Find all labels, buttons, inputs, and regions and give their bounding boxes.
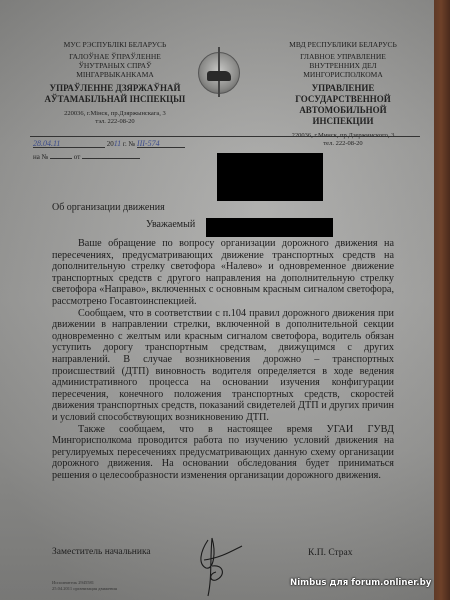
- phone-by: тэл. 222-08-20: [40, 118, 190, 126]
- registration-line: 28.04.11 2011 г. № III-574: [33, 139, 185, 148]
- signatory-name: К.П. Страх: [308, 548, 353, 558]
- salutation-text: Уважаемый: [146, 219, 195, 230]
- redacted-recipient-name: [206, 218, 333, 237]
- signature-icon: [190, 530, 250, 600]
- executor-note: Исполнитель 2945581 25.04.2011 организац…: [52, 580, 117, 592]
- ref-number-field: [50, 150, 72, 159]
- ref-date-field: [82, 150, 140, 159]
- department-line3-by: МІНГАРВЫКАНКАМА: [40, 70, 190, 79]
- department-line2-ru: ВНУТРЕННИХ ДЕЛ: [268, 61, 418, 70]
- letter-subject: Об организации движения: [52, 202, 165, 213]
- paragraph-3: Также сообщаем, что в настоящее время УГ…: [52, 424, 394, 482]
- paragraph-1: Ваше обращение по вопросу организации до…: [52, 238, 394, 308]
- department-line1-ru: ГЛАВНОЕ УПРАВЛЕНИЕ: [268, 52, 418, 61]
- letterhead-divider: [30, 136, 420, 137]
- agency-line1-by: УПРАЎЛЕННЕ ДЗЯРЖАЎНАЙ: [40, 83, 190, 94]
- emblem-car: [207, 71, 231, 81]
- executor-line2: 25.04.2011 организация движения: [52, 586, 117, 592]
- letterhead-belarusian: МУС РЭСПУБЛІКІ БЕЛАРУСЬ ГАЛОЎНАЕ ЎПРАЎЛЕ…: [40, 40, 190, 126]
- year-prefix: 20: [107, 140, 114, 148]
- letterhead-russian: МВД РЕСПУБЛИКИ БЕЛАРУСЬ ГЛАВНОЕ УПРАВЛЕН…: [268, 40, 418, 148]
- handwritten-number: III-574: [137, 139, 160, 148]
- salutation: Уважаемый: [146, 219, 195, 230]
- number-field: III-574: [137, 139, 185, 148]
- number-label: г. №: [123, 140, 135, 148]
- ref-number-label: на №: [33, 153, 48, 161]
- watermark: Nimbus для forum.onliner.by: [290, 578, 431, 588]
- agency-line2-ru: АВТОМОБИЛЬНОЙ ИНСПЕКЦИИ: [268, 105, 418, 127]
- handwritten-year: 11: [114, 139, 121, 148]
- phone-ru: тел. 222-08-20: [268, 140, 418, 148]
- ref-date-label: от: [74, 153, 80, 161]
- paragraph-2: Сообщаем, что в соответствии с п.104 пра…: [52, 308, 394, 424]
- department-line1-by: ГАЛОЎНАЕ ЎПРАЎЛЕННЕ: [40, 52, 190, 61]
- emblem-icon: [198, 52, 240, 94]
- department-line3-ru: МИНГОРИСПОЛКОМА: [268, 70, 418, 79]
- handwritten-date: 28.04.11: [33, 139, 60, 148]
- letter-body: Ваше обращение по вопросу организации до…: [52, 238, 394, 481]
- agency-line1-ru: УПРАВЛЕНИЕ ГОСУДАРСТВЕННОЙ: [268, 83, 418, 105]
- ministry-name-ru: МВД РЕСПУБЛИКИ БЕЛАРУСЬ: [268, 40, 418, 49]
- wooden-surface: [432, 0, 450, 600]
- redacted-addressee: [217, 153, 323, 201]
- ministry-name-by: МУС РЭСПУБЛІКІ БЕЛАРУСЬ: [40, 40, 190, 49]
- reference-line: на № от: [33, 150, 140, 161]
- department-line2-by: ЎНУТРАНЫХ СПРАЎ: [40, 61, 190, 70]
- date-field: 28.04.11: [33, 139, 105, 148]
- letter-page: МУС РЭСПУБЛІКІ БЕЛАРУСЬ ГАЛОЎНАЕ ЎПРАЎЛЕ…: [0, 0, 434, 600]
- agency-line2-by: АЎТАМАБІЛЬНАЙ ІНСПЕКЦЫІ: [40, 94, 190, 105]
- signatory-title: Заместитель начальника: [52, 547, 151, 557]
- address-by: 220036, г.Мінск, пр.Дзяржынскага, 3: [40, 110, 190, 118]
